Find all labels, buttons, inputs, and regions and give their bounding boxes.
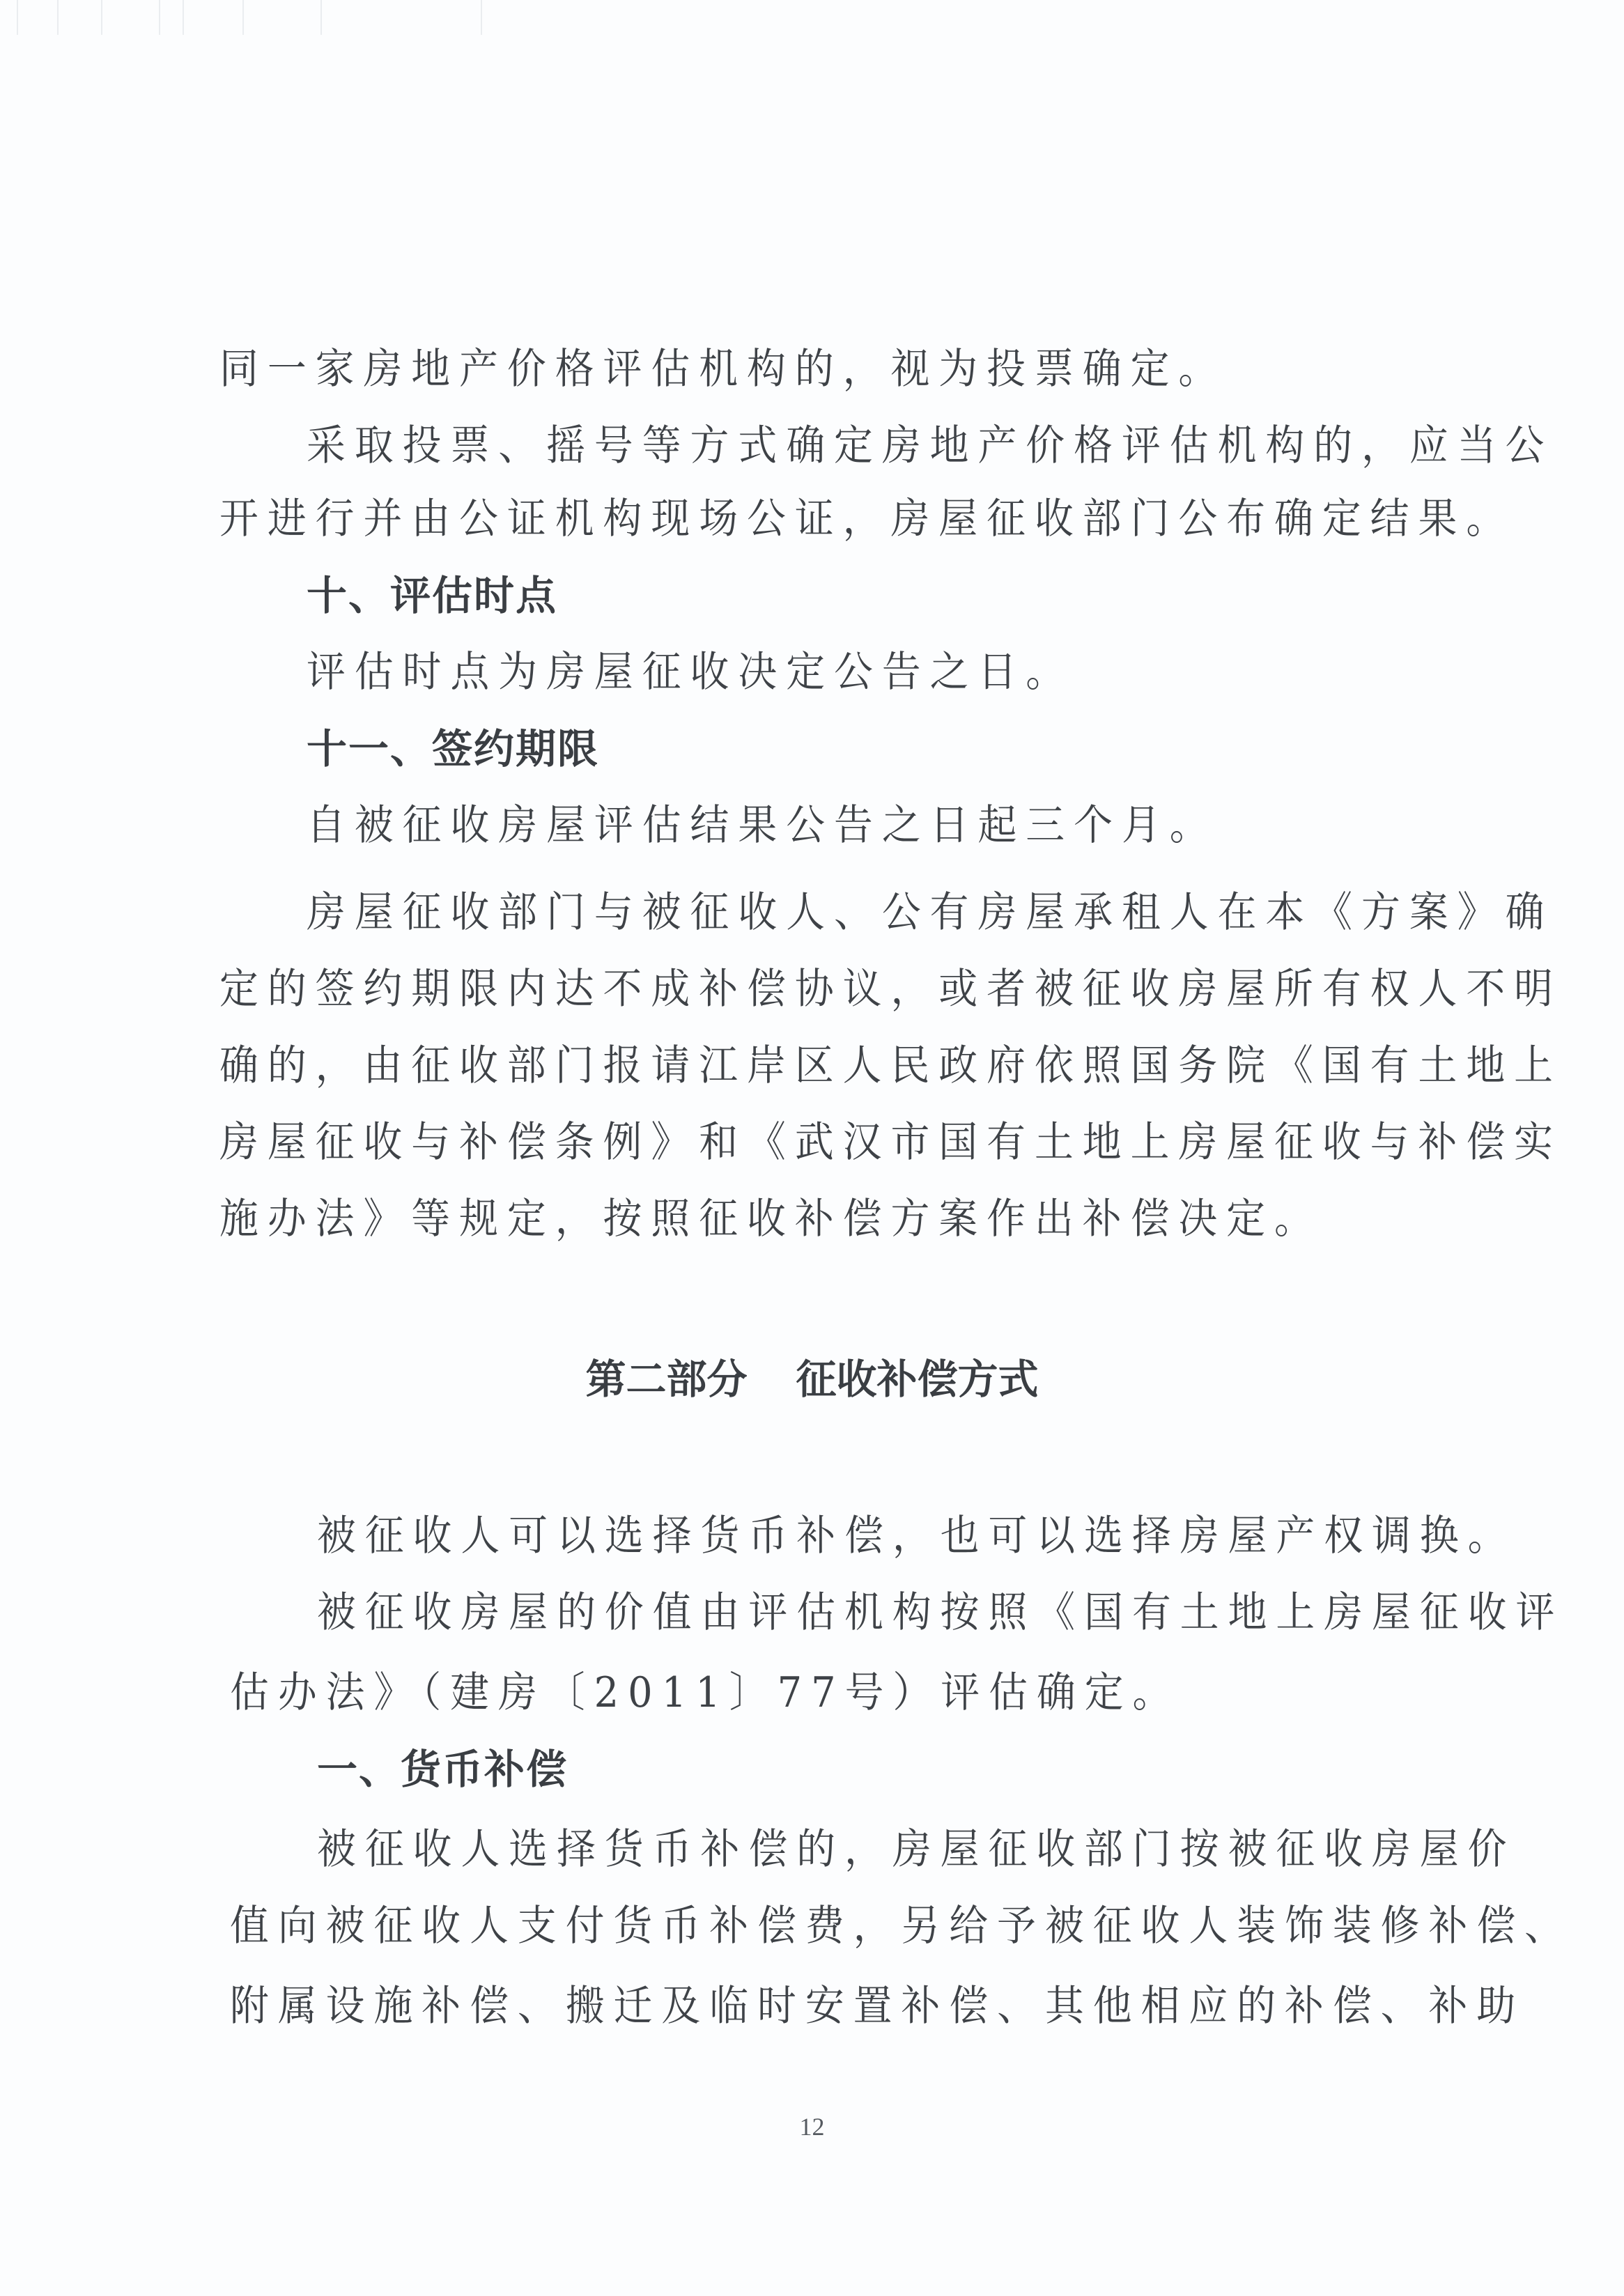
paragraph-line: 施办法》等规定，按照征收补偿方案作出补偿决定。 bbox=[219, 1194, 1322, 1244]
paragraph-line: 附属设施补偿、搬迁及临时安置补偿、其他相应的补偿、补助 bbox=[230, 1981, 1524, 2031]
scan-artifact bbox=[17, 0, 18, 35]
paragraph-line: 值向被征收人支付货币补偿费，另给予被征收人装饰装修补偿、 bbox=[230, 1901, 1572, 1951]
paragraph-line: 被征收人可以选择货币补偿，也可以选择房屋产权调换。 bbox=[317, 1511, 1516, 1561]
document-page: 同一家房地产价格评估机构的，视为投票确定。 采取投票、摇号等方式确定房地产价格评… bbox=[0, 0, 1624, 2296]
paragraph-line: 定的签约期限内达不成补偿协议，或者被征收房屋所有权人不明 bbox=[219, 964, 1562, 1014]
paragraph-line: 被征收房屋的价值由评估机构按照《国有土地上房屋征收评 bbox=[317, 1588, 1563, 1638]
part-title-text: 征收补偿方式 bbox=[796, 1356, 1039, 1403]
paragraph-line: 自被征收房屋评估结果公告之日起三个月。 bbox=[307, 800, 1218, 851]
paragraph-line: 评估时点为房屋征收决定公告之日。 bbox=[307, 647, 1074, 697]
paragraph-line: 采取投票、摇号等方式确定房地产价格评估机构的，应当公 bbox=[307, 421, 1553, 471]
scan-artifact bbox=[57, 0, 59, 35]
paragraph-line: 确的，由征收部门报请江岸区人民政府依照国务院《国有土地上 bbox=[219, 1041, 1562, 1091]
scan-artifact bbox=[183, 0, 184, 35]
scan-artifact bbox=[159, 0, 160, 35]
paragraph-line: 同一家房地产价格评估机构的，视为投票确定。 bbox=[219, 344, 1226, 394]
scan-artifact bbox=[101, 0, 102, 35]
scan-artifact bbox=[242, 0, 244, 35]
paragraph-line: 被征收人选择货币补偿的，房屋征收部门按被征收房屋价 bbox=[317, 1824, 1516, 1875]
scan-artifact bbox=[481, 0, 482, 35]
paragraph-line: 房屋征收部门与被征收人、公有房屋承租人在本《方案》确 bbox=[307, 887, 1553, 938]
page-number: 12 bbox=[0, 2112, 1624, 2141]
part-title: 第二部分征收补偿方式 bbox=[0, 1354, 1624, 1404]
scan-artifact bbox=[320, 0, 322, 35]
section-heading-assessment-date: 十、评估时点 bbox=[307, 571, 557, 621]
paragraph-line: 房屋征收与补偿条例》和《武汉市国有土地上房屋征收与补偿实 bbox=[219, 1117, 1562, 1168]
paragraph-line: 估办法》（建房〔2011〕77号）评估确定。 bbox=[230, 1668, 1180, 1718]
section-heading-monetary-compensation: 一、货币补偿 bbox=[317, 1744, 568, 1794]
section-heading-signing-period: 十一、签约期限 bbox=[307, 724, 599, 774]
paragraph-line: 开进行并由公证机构现场公证，房屋征收部门公布确定结果。 bbox=[219, 494, 1514, 544]
part-title-number: 第二部分 bbox=[585, 1356, 747, 1403]
